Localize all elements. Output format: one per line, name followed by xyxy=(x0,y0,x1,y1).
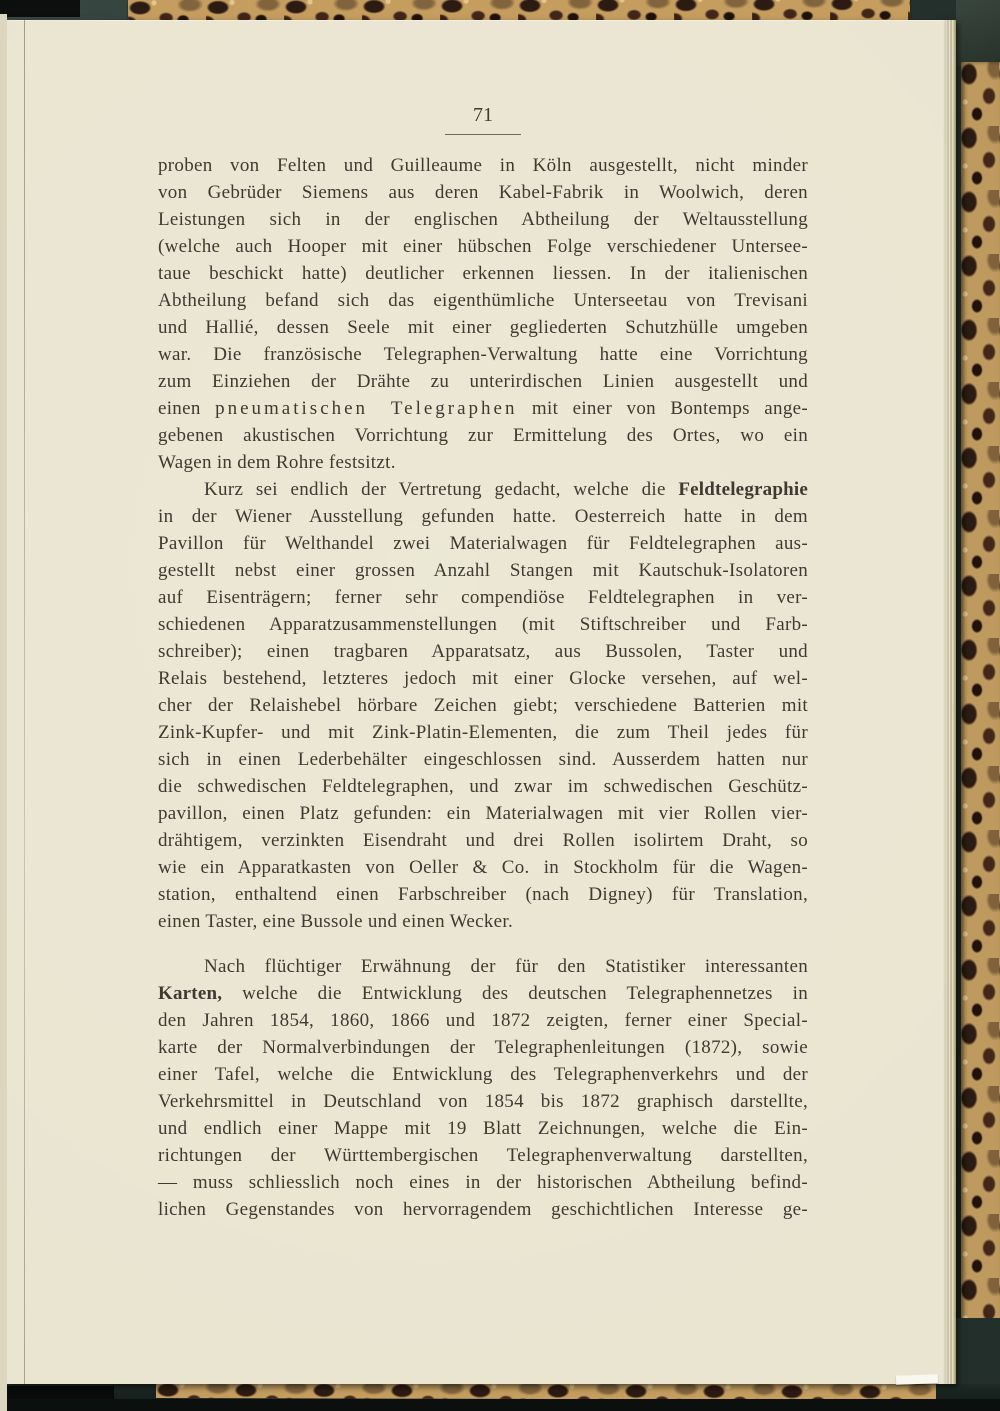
marbled-cover-strip-bottom xyxy=(156,1382,936,1400)
text-segment: wie ein Apparatkasten von Oeller & Co. i… xyxy=(158,857,808,878)
page-stack-edge xyxy=(943,20,956,1384)
text-segment: (welche auch Hooper mit einer hübschen F… xyxy=(158,236,808,257)
text-line: zum Einziehen der Drähte zu unterirdisch… xyxy=(158,368,808,395)
text-line: — muss schliesslich noch eines in der hi… xyxy=(158,1169,808,1196)
text-segment: einen xyxy=(158,398,215,419)
text-line: karte der Normalverbindungen der Telegra… xyxy=(158,1034,808,1061)
cover-edge-top-right xyxy=(956,0,1000,66)
paragraph: Nach flüchtiger Erwähnung der für den St… xyxy=(158,953,808,1223)
text-line: gestellt nebst einer grossen Anzahl Stan… xyxy=(158,557,808,584)
text-segment: Pavillon für Welthandel zwei Materialwag… xyxy=(158,533,808,554)
text-segment: einer Tafel, welche die Entwicklung des … xyxy=(158,1064,808,1085)
text-segment: richtungen der Württembergischen Telegra… xyxy=(158,1145,808,1166)
text-segment: von Gebrüder Siemens aus deren Kabel-Fab… xyxy=(158,182,808,203)
text-segment: gestellt nebst einer grossen Anzahl Stan… xyxy=(158,560,808,581)
text-segment: Nach flüchtiger Erwähnung der für den St… xyxy=(204,956,808,977)
text-line: Wagen in dem Rohre festsitzt. xyxy=(158,449,808,476)
text-segment: karte der Normalverbindungen der Telegra… xyxy=(158,1037,808,1058)
text-segment: taue beschickt hatte) deutlicher erkenne… xyxy=(158,263,808,284)
text-line: sich in einen Lederbehälter eingeschloss… xyxy=(158,746,808,773)
text-line: wie ein Apparatkasten von Oeller & Co. i… xyxy=(158,854,808,881)
text-segment: Kurz sei endlich der Vertretung gedacht,… xyxy=(204,479,678,500)
text-segment: schiedenen Apparatzusammenstellungen (mi… xyxy=(158,614,808,635)
text-segment: station, enthaltend einen Farbschreiber … xyxy=(158,884,808,905)
text-line: gebenen akustischen Vorrichtung zur Ermi… xyxy=(158,422,808,449)
paragraph: proben von Felten und Guilleaume in Köln… xyxy=(158,152,808,476)
page-text-block: proben von Felten und Guilleaume in Köln… xyxy=(158,152,808,1223)
text-segment: welche die Entwicklung des deutschen Tel… xyxy=(222,983,808,1004)
text-line: drähtigem, verzinkten Eisendraht und dre… xyxy=(158,827,808,854)
text-line: Zink-Kupfer- und mit Zink-Platin-Element… xyxy=(158,719,808,746)
cover-dark-corner-top-left xyxy=(0,0,80,17)
text-line: von Gebrüder Siemens aus deren Kabel-Fab… xyxy=(158,179,808,206)
text-line: Verkehrsmittel in Deutschland von 1854 b… xyxy=(158,1088,808,1115)
scanned-book-page: 71 proben von Felten und Guilleaume in K… xyxy=(0,0,1000,1411)
text-line: Pavillon für Welthandel zwei Materialwag… xyxy=(158,530,808,557)
text-line: cher der Relaishebel hörbare Zeichen gie… xyxy=(158,692,808,719)
text-segment-spaced: pneumatischen Telegraphen xyxy=(215,398,517,419)
text-line: schreiber); einen tragbaren Apparatsatz,… xyxy=(158,638,808,665)
text-line: Nach flüchtiger Erwähnung der für den St… xyxy=(158,953,808,980)
page-crease-line xyxy=(24,20,25,1384)
text-segment: in der Wiener Ausstellung gefunden hatte… xyxy=(158,506,808,527)
text-line: Karten, welche die Entwicklung des deuts… xyxy=(158,980,808,1007)
underlying-page-edge-left xyxy=(0,14,7,1411)
text-segment: drähtigem, verzinkten Eisendraht und dre… xyxy=(158,830,808,851)
text-line: und endlich einer Mappe mit 19 Blatt Zei… xyxy=(158,1115,808,1142)
text-line: schiedenen Apparatzusammenstellungen (mi… xyxy=(158,611,808,638)
text-segment: Abtheilung befand sich das eigenthümlich… xyxy=(158,290,808,311)
text-line: pavillon, einen Platz gefunden: ein Mate… xyxy=(158,800,808,827)
text-segment: den Jahren 1854, 1860, 1866 und 1872 zei… xyxy=(158,1010,808,1031)
text-segment: auf Eisenträgern; ferner sehr compendiös… xyxy=(158,587,808,608)
text-line: auf Eisenträgern; ferner sehr compendiös… xyxy=(158,584,808,611)
text-line: einer Tafel, welche die Entwicklung des … xyxy=(158,1061,808,1088)
text-segment: pavillon, einen Platz gefunden: ein Mate… xyxy=(158,803,808,824)
text-segment: Wagen in dem Rohre festsitzt. xyxy=(158,452,396,473)
page-number: 71 xyxy=(158,104,808,135)
text-line: einen pneumatischen Telegraphen mit eine… xyxy=(158,395,808,422)
text-segment: und endlich einer Mappe mit 19 Blatt Zei… xyxy=(158,1118,808,1139)
text-segment: Relais bestehend, letzteres jedoch mit e… xyxy=(158,668,808,689)
text-segment: einen Taster, eine Bussole und einen Wec… xyxy=(158,911,513,932)
text-line: einen Taster, eine Bussole und einen Wec… xyxy=(158,908,808,935)
paper-sliver-bottom xyxy=(896,1374,938,1384)
text-line: den Jahren 1854, 1860, 1866 und 1872 zei… xyxy=(158,1007,808,1034)
text-segment: — muss schliesslich noch eines in der hi… xyxy=(158,1172,808,1193)
text-segment: cher der Relaishebel hörbare Zeichen gie… xyxy=(158,695,808,716)
text-segment: Verkehrsmittel in Deutschland von 1854 b… xyxy=(158,1091,808,1112)
text-line: (welche auch Hooper mit einer hübschen F… xyxy=(158,233,808,260)
text-line: Relais bestehend, letzteres jedoch mit e… xyxy=(158,665,808,692)
text-segment: Leistungen sich in der englischen Abthei… xyxy=(158,209,808,230)
text-segment: zum Einziehen der Drähte zu unterirdisch… xyxy=(158,371,808,392)
marbled-cover-strip-right xyxy=(961,62,1000,1346)
text-line: station, enthaltend einen Farbschreiber … xyxy=(158,881,808,908)
text-segment: sich in einen Lederbehälter eingeschloss… xyxy=(158,749,808,770)
cover-dark-band-bottom xyxy=(0,1399,1000,1411)
text-line: Abtheilung befand sich das eigenthümlich… xyxy=(158,287,808,314)
text-line: richtungen der Württembergischen Telegra… xyxy=(158,1142,808,1169)
text-line: lichen Gegenstandes von hervorragendem g… xyxy=(158,1196,808,1223)
text-segment: mit einer von Bontemps ange- xyxy=(517,398,808,419)
text-line: war. Die französische Telegraphen-Verwal… xyxy=(158,341,808,368)
text-line: proben von Felten und Guilleaume in Köln… xyxy=(158,152,808,179)
text-segment: schreiber); einen tragbaren Apparatsatz,… xyxy=(158,641,808,662)
text-segment: und Hallié, dessen Seele mit einer gegli… xyxy=(158,317,808,338)
text-line: in der Wiener Ausstellung gefunden hatte… xyxy=(158,503,808,530)
text-segment-bold: Karten, xyxy=(158,983,222,1004)
page-number-value: 71 xyxy=(445,104,521,135)
text-line: Leistungen sich in der englischen Abthei… xyxy=(158,206,808,233)
text-segment: Zink-Kupfer- und mit Zink-Platin-Element… xyxy=(158,722,808,743)
text-segment-bold: Feldtelegraphie xyxy=(678,479,808,500)
text-line: Kurz sei endlich der Vertretung gedacht,… xyxy=(158,476,808,503)
text-line: taue beschickt hatte) deutlicher erkenne… xyxy=(158,260,808,287)
text-segment: proben von Felten und Guilleaume in Köln… xyxy=(158,155,808,176)
paragraph: Kurz sei endlich der Vertretung gedacht,… xyxy=(158,476,808,935)
text-segment: gebenen akustischen Vorrichtung zur Ermi… xyxy=(158,425,808,446)
text-line: die schwedischen Feldtelegraphen, und zw… xyxy=(158,773,808,800)
text-segment: die schwedischen Feldtelegraphen, und zw… xyxy=(158,776,808,797)
text-segment: war. Die französische Telegraphen-Verwal… xyxy=(158,344,808,365)
text-line: und Hallié, dessen Seele mit einer gegli… xyxy=(158,314,808,341)
text-segment: lichen Gegenstandes von hervorragendem g… xyxy=(158,1199,808,1220)
